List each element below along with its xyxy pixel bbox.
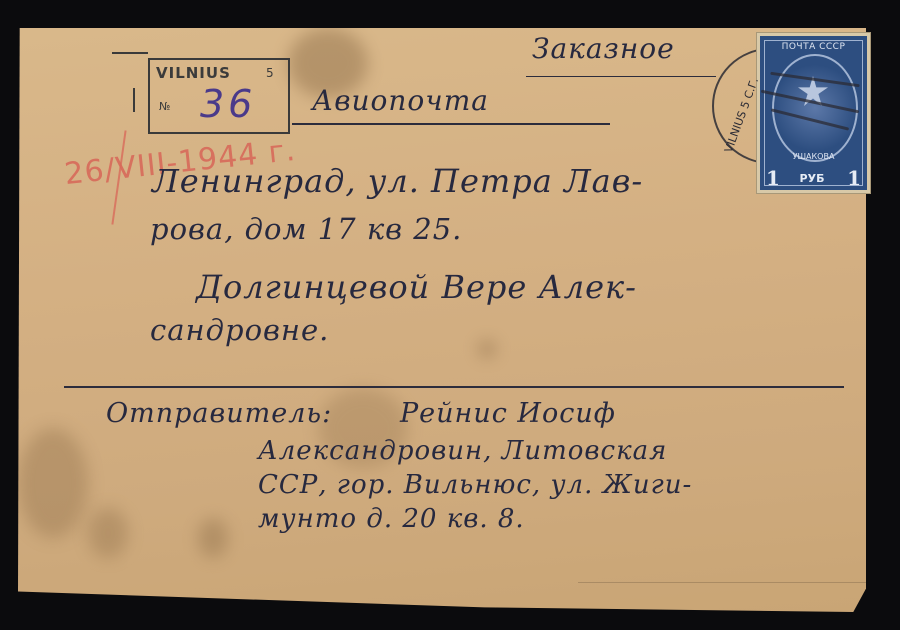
stain bbox=[18, 428, 88, 538]
stamp-value-left: 1 bbox=[766, 166, 780, 190]
recipient-line-1: Ленинград, ул. Петра Лав- bbox=[152, 162, 643, 200]
airmail-underline bbox=[292, 123, 610, 125]
recipient-line-3: Долгинцевой Вере Алек- bbox=[196, 268, 637, 306]
airmail-mark: Авиопочта bbox=[312, 84, 489, 117]
registration-prefix: № bbox=[159, 100, 170, 113]
recipient-line-4: сандровне. bbox=[150, 313, 329, 347]
registration-city: VILNIUS bbox=[156, 64, 231, 82]
registration-frame-tick bbox=[133, 88, 135, 112]
sender-line-3: ССР, гор. Вильнюс, ул. Жиги- bbox=[258, 470, 692, 500]
bottom-fold bbox=[578, 582, 866, 583]
stain bbox=[478, 340, 496, 358]
address-divider bbox=[64, 386, 844, 388]
registration-number: 36 bbox=[200, 82, 256, 126]
stain bbox=[198, 518, 228, 558]
stamp-value-right: 1 bbox=[847, 166, 861, 190]
registered-underline bbox=[526, 76, 716, 77]
sender-line-4: мунто д. 20 кв. 8. bbox=[258, 504, 525, 534]
registered-mark: Заказное bbox=[532, 32, 675, 65]
stamp-currency: РУБ bbox=[786, 172, 838, 185]
registration-frame-line bbox=[112, 52, 148, 54]
stamp-country: ПОЧТА СССР bbox=[760, 42, 867, 52]
registration-office-number: 5 bbox=[266, 66, 274, 80]
stain bbox=[88, 508, 128, 558]
postage-stamp: ПОЧТА СССР УШАКОВА 1 РУБ 1 bbox=[757, 33, 870, 193]
stamp-name: УШАКОВА bbox=[760, 152, 867, 161]
recipient-line-2: рова, дом 17 кв 25. bbox=[150, 212, 462, 246]
sender-label: Отправитель: bbox=[106, 398, 332, 429]
sender-line-2: Александровин, Литовская bbox=[258, 436, 667, 466]
sender-line-1: Рейнис Иосиф bbox=[400, 398, 616, 429]
